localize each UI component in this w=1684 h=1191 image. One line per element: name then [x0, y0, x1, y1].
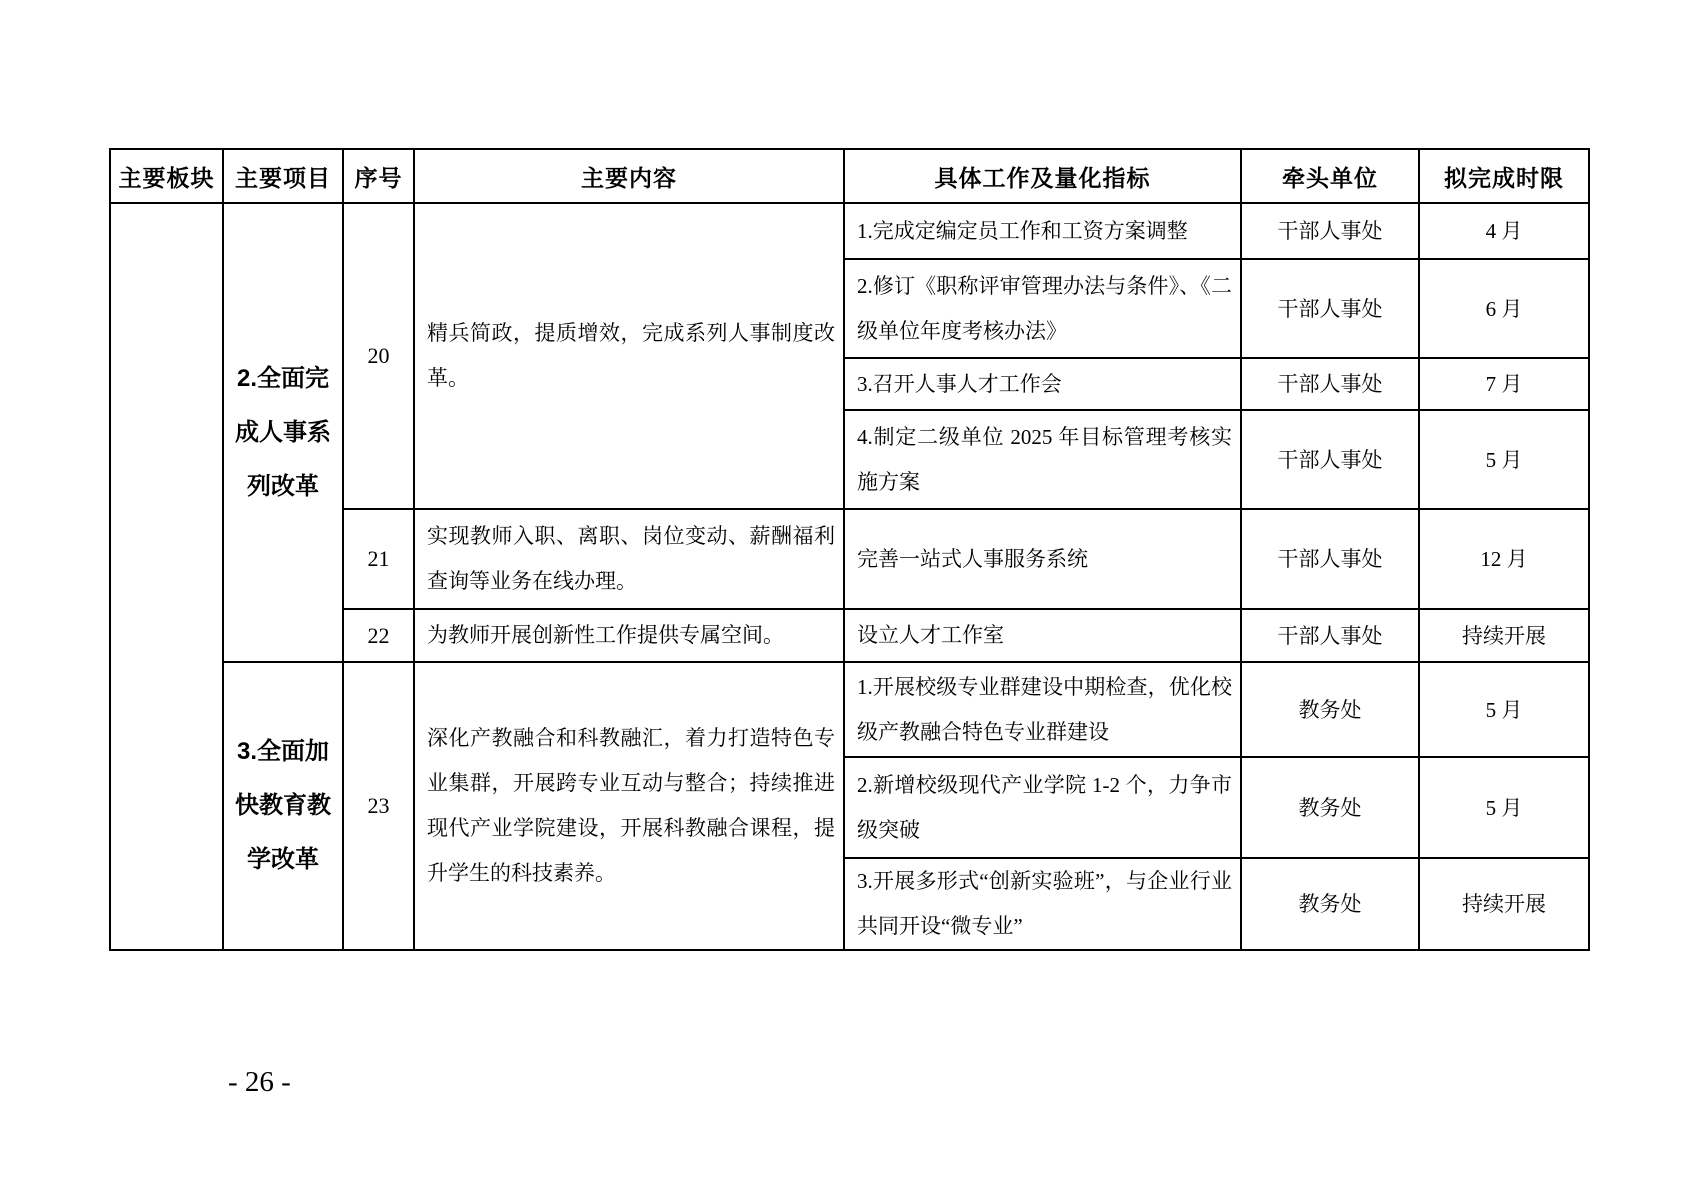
table-row: 3.全面加快教育教学改革 23 深化产教融合和科教融汇，着力打造特色专业集群，开…: [110, 662, 1589, 757]
unit-21-1: 干部人事处: [1241, 509, 1419, 609]
content-21: 实现教师入职、离职、岗位变动、薪酬福利查询等业务在线办理。: [414, 509, 844, 609]
unit-20-2: 干部人事处: [1241, 259, 1419, 358]
work-23-1: 1.开展校级专业群建设中期检查，优化校级产教融合特色专业群建设: [844, 662, 1241, 757]
unit-20-3: 干部人事处: [1241, 358, 1419, 410]
work-20-4: 4.制定二级单位 2025 年目标管理考核实施方案: [844, 410, 1241, 509]
header-serial: 序号: [343, 149, 414, 203]
unit-23-2: 教务处: [1241, 757, 1419, 858]
work-20-2: 2.修订《职称评审管理办法与条件》、《二级单位年度考核办法》: [844, 259, 1241, 358]
deadline-20-2: 6 月: [1419, 259, 1589, 358]
deadline-23-1: 5 月: [1419, 662, 1589, 757]
header-deadline: 拟完成时限: [1419, 149, 1589, 203]
serial-22: 22: [343, 609, 414, 662]
main-block-cell: [110, 203, 223, 950]
document-page: 主要板块 主要项目 序号 主要内容 具体工作及量化指标 牵头单位 拟完成时限 2…: [0, 0, 1684, 1191]
project-3-cell: 3.全面加快教育教学改革: [223, 662, 343, 950]
header-main-content: 主要内容: [414, 149, 844, 203]
deadline-20-1: 4 月: [1419, 203, 1589, 259]
deadline-20-3: 7 月: [1419, 358, 1589, 410]
project-2-cell: 2.全面完成人事系列改革: [223, 203, 343, 662]
header-main-block: 主要板块: [110, 149, 223, 203]
page-number: - 26 -: [228, 1066, 291, 1099]
content-23: 深化产教融合和科教融汇，着力打造特色专业集群，开展跨专业互动与整合；持续推进现代…: [414, 662, 844, 950]
work-20-1: 1.完成定编定员工作和工资方案调整: [844, 203, 1241, 259]
work-20-3: 3.召开人事人才工作会: [844, 358, 1241, 410]
work-21-1: 完善一站式人事服务系统: [844, 509, 1241, 609]
content-22: 为教师开展创新性工作提供专属空间。: [414, 609, 844, 662]
header-lead-unit: 牵头单位: [1241, 149, 1419, 203]
unit-20-4: 干部人事处: [1241, 410, 1419, 509]
deadline-23-3: 持续开展: [1419, 858, 1589, 950]
table-header-row: 主要板块 主要项目 序号 主要内容 具体工作及量化指标 牵头单位 拟完成时限: [110, 149, 1589, 203]
serial-23: 23: [343, 662, 414, 950]
serial-20: 20: [343, 203, 414, 509]
work-22-1: 设立人才工作室: [844, 609, 1241, 662]
deadline-21-1: 12 月: [1419, 509, 1589, 609]
table-row: 2.全面完成人事系列改革 20 精兵简政，提质增效，完成系列人事制度改革。 1.…: [110, 203, 1589, 259]
deadline-20-4: 5 月: [1419, 410, 1589, 509]
unit-23-3: 教务处: [1241, 858, 1419, 950]
unit-22-1: 干部人事处: [1241, 609, 1419, 662]
header-main-project: 主要项目: [223, 149, 343, 203]
serial-21: 21: [343, 509, 414, 609]
unit-20-1: 干部人事处: [1241, 203, 1419, 259]
content-20: 精兵简政，提质增效，完成系列人事制度改革。: [414, 203, 844, 509]
work-23-2: 2.新增校级现代产业学院 1-2 个，力争市级突破: [844, 757, 1241, 858]
header-specific-work: 具体工作及量化指标: [844, 149, 1241, 203]
deadline-22-1: 持续开展: [1419, 609, 1589, 662]
unit-23-1: 教务处: [1241, 662, 1419, 757]
work-plan-table: 主要板块 主要项目 序号 主要内容 具体工作及量化指标 牵头单位 拟完成时限 2…: [109, 148, 1590, 951]
deadline-23-2: 5 月: [1419, 757, 1589, 858]
work-23-3: 3.开展多形式“创新实验班”，与企业行业共同开设“微专业”: [844, 858, 1241, 950]
